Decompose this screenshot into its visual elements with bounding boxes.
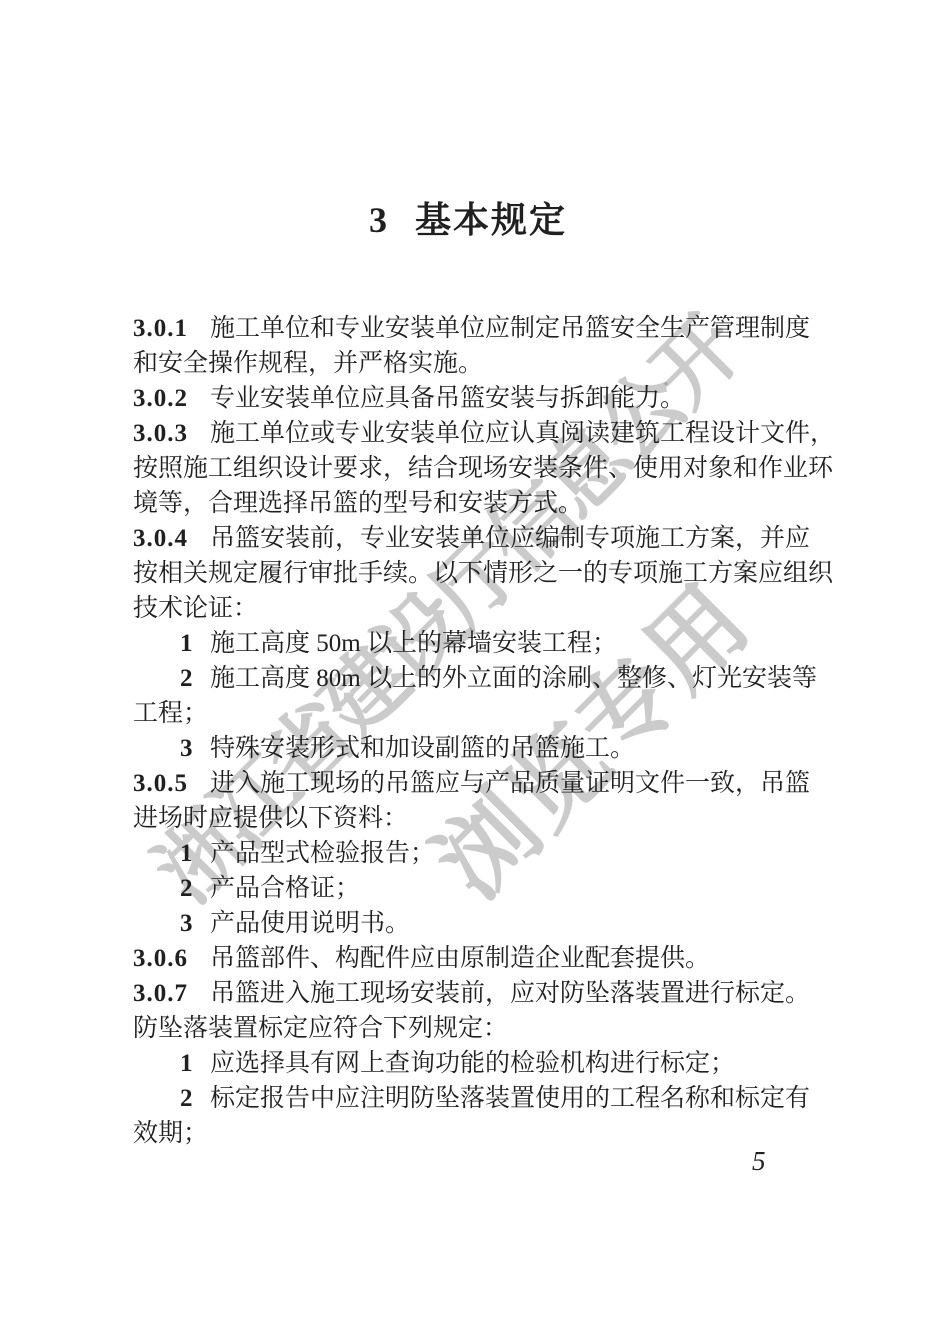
body-line: 按相关规定履行审批手续。以下情形之一的专项施工方案应组织 — [133, 556, 813, 591]
line-text: 专业安装单位应具备吊篮安装与拆卸能力。 — [210, 385, 685, 412]
line-text: 进入施工现场的吊篮应与产品质量证明文件一致，吊篮 — [210, 770, 810, 797]
body-line: 1施工高度 50m 以上的幕墙安装工程； — [133, 626, 813, 661]
clause-number: 3.0.6 — [133, 941, 210, 976]
clause-number: 3.0.2 — [133, 381, 210, 416]
line-text: 应选择具有网上查询功能的检验机构进行标定； — [210, 1050, 735, 1077]
line-text: 吊篮安装前，专业安装单位应编制专项施工方案，并应 — [210, 525, 810, 552]
line-text: 标定报告中应注明防坠落装置使用的工程名称和标定有 — [210, 1085, 810, 1112]
item-number: 2 — [180, 661, 210, 696]
body-line: 工程； — [133, 696, 813, 731]
item-number: 3 — [180, 906, 210, 941]
body-line: 2标定报告中应注明防坠落装置使用的工程名称和标定有 — [133, 1081, 813, 1116]
body-line: 3.0.1施工单位和专业安装单位应制定吊篮安全生产管理制度 — [133, 311, 813, 346]
body-line: 1产品型式检验报告； — [133, 836, 813, 871]
body-line: 1应选择具有网上查询功能的检验机构进行标定； — [133, 1046, 813, 1081]
body-text: 3.0.1施工单位和专业安装单位应制定吊篮安全生产管理制度 和安全操作规程，并严… — [133, 311, 813, 1151]
body-line: 防坠落装置标定应符合下列规定： — [133, 1011, 813, 1046]
body-line: 按照施工组织设计要求，结合现场安装条件、使用对象和作业环 — [133, 451, 813, 486]
item-number: 2 — [180, 871, 210, 906]
line-text: 防坠落装置标定应符合下列规定： — [133, 1015, 508, 1042]
body-line: 境等，合理选择吊篮的型号和安装方式。 — [133, 486, 813, 521]
line-text: 施工单位和专业安装单位应制定吊篮安全生产管理制度 — [210, 315, 810, 342]
line-text: 效期； — [133, 1120, 208, 1147]
body-line: 3.0.3施工单位或专业安装单位应认真阅读建筑工程设计文件， — [133, 416, 813, 451]
item-number: 3 — [180, 731, 210, 766]
body-line: 3.0.5进入施工现场的吊篮应与产品质量证明文件一致，吊篮 — [133, 766, 813, 801]
document-page: 浙江省建设厅信息公开 浏览专用 3基本规定 3.0.1施工单位和专业安装单位应制… — [0, 0, 933, 1322]
line-text: 吊篮部件、构配件应由原制造企业配套提供。 — [210, 945, 710, 972]
body-line: 3.0.4吊篮安装前，专业安装单位应编制专项施工方案，并应 — [133, 521, 813, 556]
item-number: 2 — [180, 1081, 210, 1116]
line-text: 按相关规定履行审批手续。以下情形之一的专项施工方案应组织 — [133, 560, 833, 587]
line-text: 产品使用说明书。 — [210, 910, 410, 937]
body-line: 3.0.7吊篮进入施工现场安装前，应对防坠落装置进行标定。 — [133, 976, 813, 1011]
chapter-title-text: 基本规定 — [415, 200, 567, 240]
clause-number: 3.0.1 — [133, 311, 210, 346]
item-number: 1 — [180, 626, 210, 661]
body-line: 3特殊安装形式和加设副篮的吊篮施工。 — [133, 731, 813, 766]
line-text: 施工高度 50m 以上的幕墙安装工程； — [210, 630, 617, 657]
body-line: 效期； — [133, 1116, 813, 1151]
line-text: 产品型式检验报告； — [210, 840, 435, 867]
line-text: 施工高度 80m 以上的外立面的涂刷、整修、灯光安装等 — [210, 665, 817, 692]
line-text: 进场时应提供以下资料： — [133, 805, 408, 832]
line-text: 和安全操作规程，并严格实施。 — [133, 350, 483, 377]
body-line: 2施工高度 80m 以上的外立面的涂刷、整修、灯光安装等 — [133, 661, 813, 696]
line-text: 产品合格证； — [210, 875, 360, 902]
body-line: 2产品合格证； — [133, 871, 813, 906]
clause-number: 3.0.7 — [133, 976, 210, 1011]
line-text: 技术论证： — [133, 595, 258, 622]
clause-number: 3.0.3 — [133, 416, 210, 451]
line-text: 境等，合理选择吊篮的型号和安装方式。 — [133, 490, 583, 517]
item-number: 1 — [180, 836, 210, 871]
page-number: 5 — [752, 1146, 766, 1177]
body-line: 3.0.2专业安装单位应具备吊篮安装与拆卸能力。 — [133, 381, 813, 416]
line-text: 工程； — [133, 700, 208, 727]
body-line: 3.0.6吊篮部件、构配件应由原制造企业配套提供。 — [133, 941, 813, 976]
body-line: 3产品使用说明书。 — [133, 906, 813, 941]
item-number: 1 — [180, 1046, 210, 1081]
line-text: 吊篮进入施工现场安装前，应对防坠落装置进行标定。 — [210, 980, 810, 1007]
body-line: 和安全操作规程，并严格实施。 — [133, 346, 813, 381]
line-text: 特殊安装形式和加设副篮的吊篮施工。 — [210, 735, 635, 762]
body-line: 技术论证： — [133, 591, 813, 626]
chapter-title: 3基本规定 — [133, 192, 803, 243]
body-line: 进场时应提供以下资料： — [133, 801, 813, 836]
line-text: 施工单位或专业安装单位应认真阅读建筑工程设计文件， — [210, 420, 835, 447]
chapter-number: 3 — [369, 200, 389, 240]
clause-number: 3.0.5 — [133, 766, 210, 801]
line-text: 按照施工组织设计要求，结合现场安装条件、使用对象和作业环 — [133, 455, 833, 482]
clause-number: 3.0.4 — [133, 521, 210, 556]
